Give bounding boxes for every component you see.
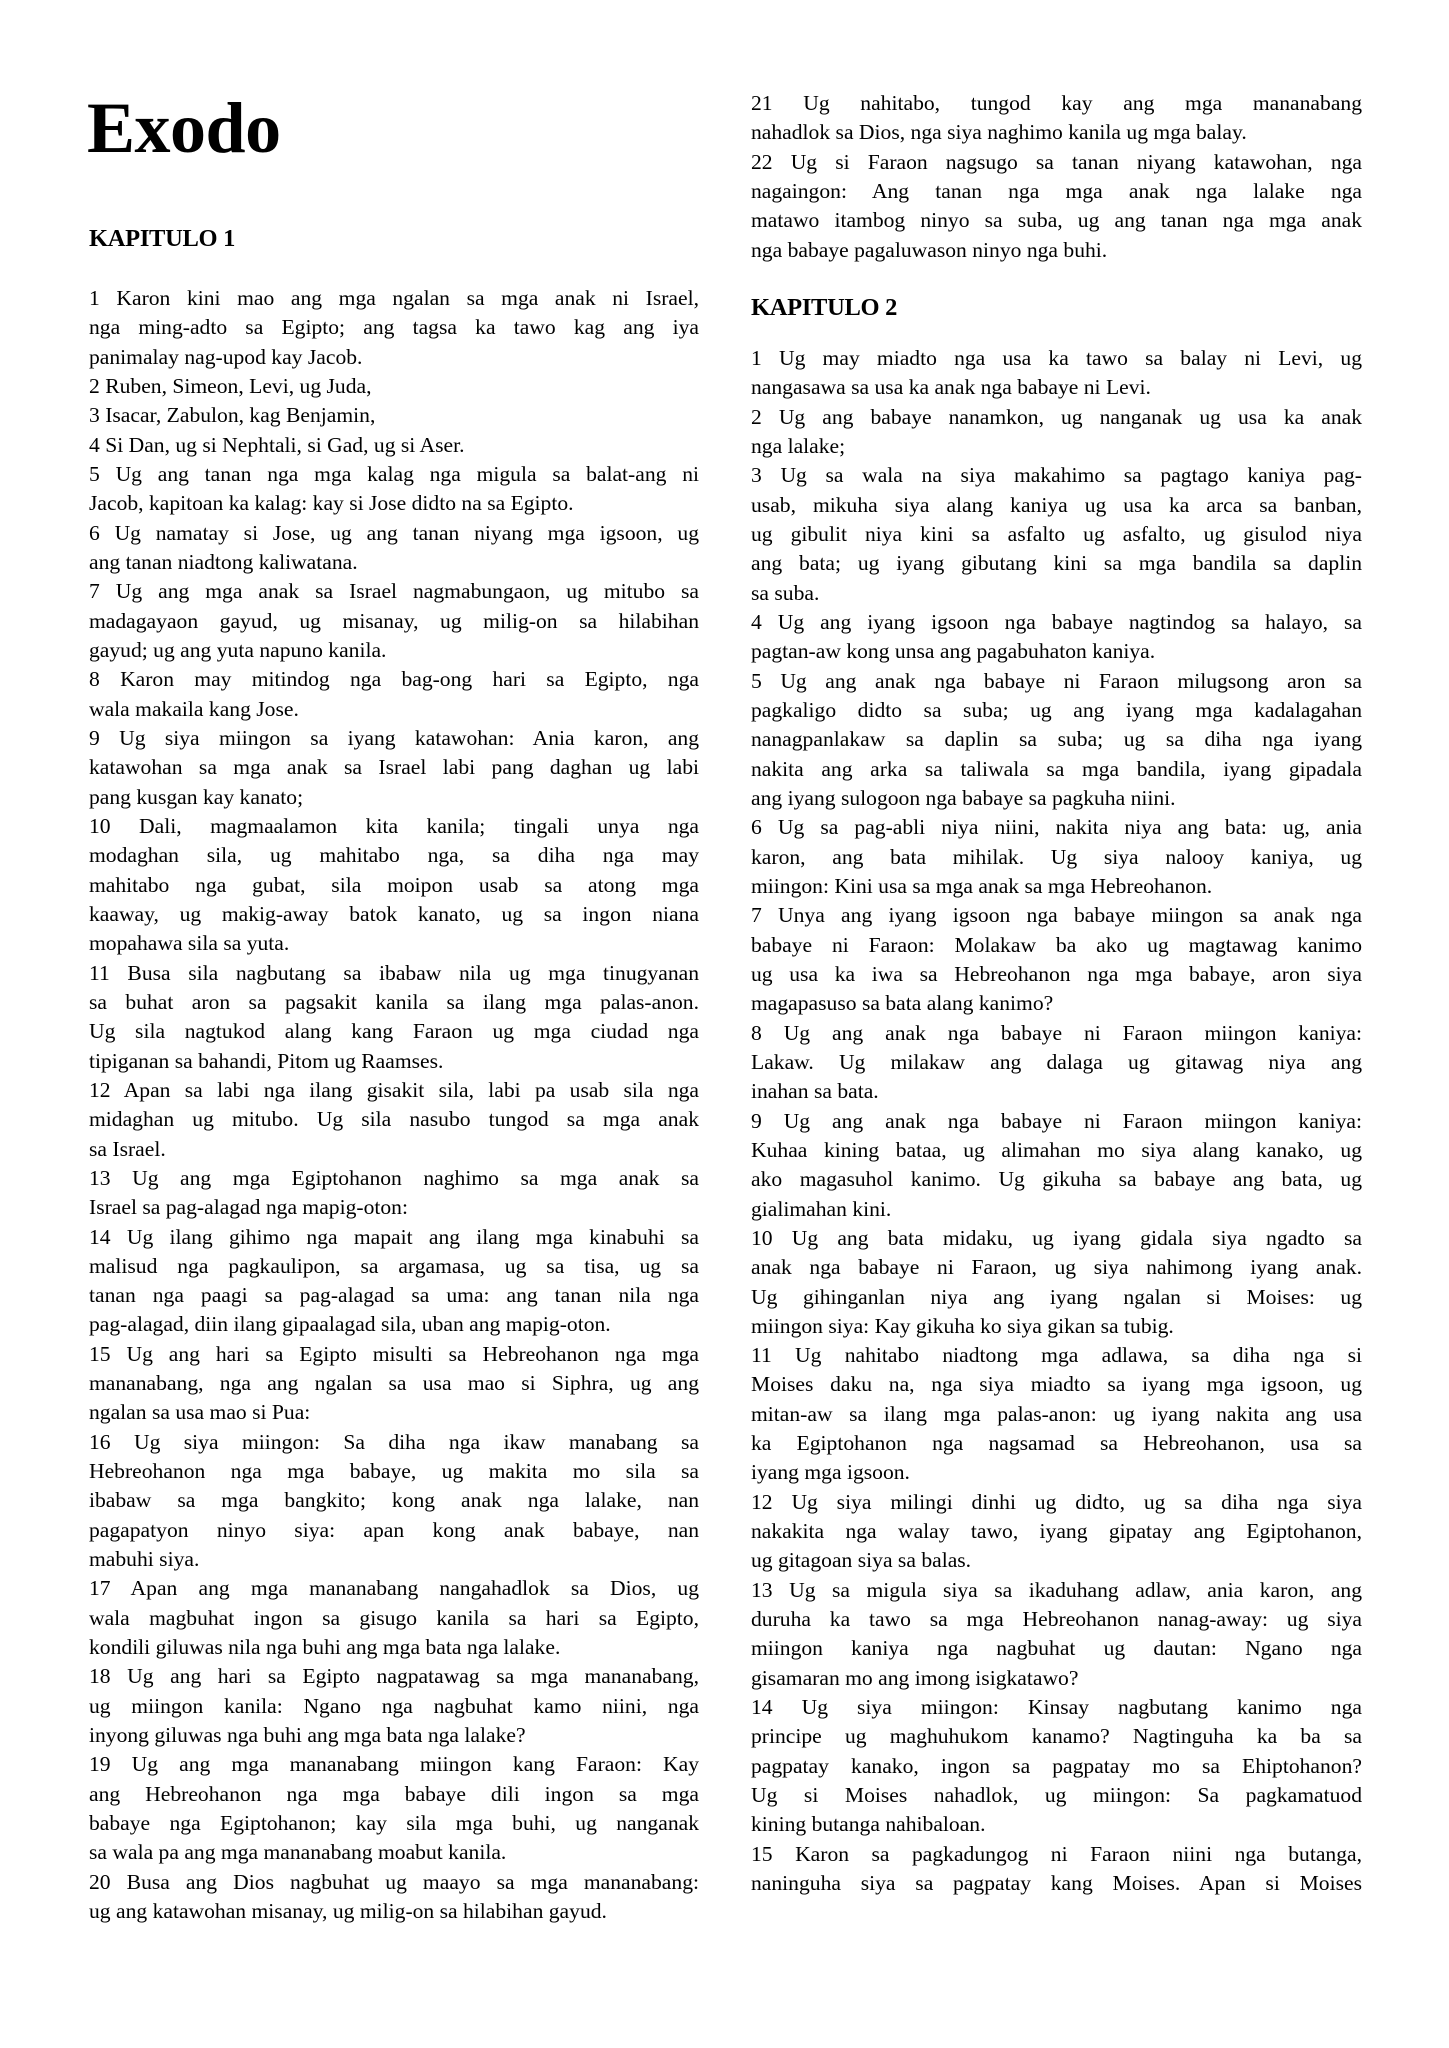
verse-line: tanan nga paagi sa pag-alagad sa uma: an… <box>89 1281 699 1310</box>
verse-line: 10 Ug ang bata midaku, ug iyang gidala s… <box>751 1224 1362 1253</box>
verse-line: tipiganan sa bahandi, Pitom ug Raamses. <box>89 1047 699 1076</box>
verse-line: 11 Busa sila nagbutang sa ibabaw nila ug… <box>89 959 699 988</box>
verse-line: nga lalake; <box>751 432 1362 461</box>
verse-7: 7 Ug ang mga anak sa Israel nagmabungaon… <box>89 577 699 665</box>
verse-line: pang kusgan kay kanato; <box>89 783 699 812</box>
verse-10: 10 Ug ang bata midaku, ug iyang gidala s… <box>751 1224 1362 1341</box>
verse-line: sa buhat aron sa pagsakit kanila sa ilan… <box>89 988 699 1017</box>
verse-11: 11 Busa sila nagbutang sa ibabaw nila ug… <box>89 959 699 1076</box>
verse-line: Lakaw. Ug milakaw ang dalaga ug gitawag … <box>751 1048 1362 1077</box>
verse-line: 4 Ug ang iyang igsoon nga babaye nagtind… <box>751 608 1362 637</box>
verse-11: 11 Ug nahitabo niadtong mga adlawa, sa d… <box>751 1341 1362 1488</box>
verse-line: kaaway, ug makig-away batok kanato, ug s… <box>89 900 699 929</box>
verse-line: 18 Ug ang hari sa Egipto nagpatawag sa m… <box>89 1662 699 1691</box>
verse-line: 22 Ug si Faraon nagsugo sa tanan niyang … <box>751 148 1362 177</box>
verse-line: ngalan sa usa mao si Pua: <box>89 1398 699 1427</box>
verse-line: 6 Ug sa pag-abli niya niini, nakita niya… <box>751 813 1362 842</box>
verse-2: 2 Ug ang babaye nanamkon, ug nanganak ug… <box>751 403 1362 462</box>
verse-line: 8 Karon may mitindog nga bag-ong hari sa… <box>89 665 699 694</box>
verse-line: 2 Ruben, Simeon, Levi, ug Juda, <box>89 372 699 401</box>
chapter-2-verses: 1 Ug may miadto nga usa ka tawo sa balay… <box>751 344 1362 1898</box>
verse-line: miingon: Kini usa sa mga anak sa mga Heb… <box>751 872 1362 901</box>
verse-line: pag-alagad, diin ilang gipaalagad sila, … <box>89 1310 699 1339</box>
verse-line: 9 Ug ang anak nga babaye ni Faraon miing… <box>751 1107 1362 1136</box>
verse-line: panimalay nag-upod kay Jacob. <box>89 343 699 372</box>
verse-line: 1 Karon kini mao ang mga ngalan sa mga a… <box>89 284 699 313</box>
verse-line: 17 Apan ang mga mananabang nangahadlok s… <box>89 1574 699 1603</box>
verse-line: karon, ang bata mihilak. Ug siya nalooy … <box>751 843 1362 872</box>
verse-line: madagayaon gayud, ug misanay, ug milig-o… <box>89 607 699 636</box>
verse-4: 4 Si Dan, ug si Nephtali, si Gad, ug si … <box>89 431 699 460</box>
verse-17: 17 Apan ang mga mananabang nangahadlok s… <box>89 1574 699 1662</box>
verse-line: miingon siya: Kay gikuha ko siya gikan s… <box>751 1312 1362 1341</box>
verse-16: 16 Ug siya miingon: Sa diha nga ikaw man… <box>89 1428 699 1575</box>
verse-line: Ug sila nagtukod alang kang Faraon ug mg… <box>89 1017 699 1046</box>
verse-12: 12 Ug siya milingi dinhi ug didto, ug sa… <box>751 1488 1362 1576</box>
verse-line: nga babaye pagaluwason ninyo nga buhi. <box>751 236 1362 265</box>
verse-line: pagtan-aw kong unsa ang pagabuhaton kani… <box>751 637 1362 666</box>
verse-1: 1 Ug may miadto nga usa ka tawo sa balay… <box>751 344 1362 403</box>
verse-line: 6 Ug namatay si Jose, ug ang tanan niyan… <box>89 519 699 548</box>
verse-line: 13 Ug ang mga Egiptohanon naghimo sa mga… <box>89 1164 699 1193</box>
verse-7: 7 Unya ang iyang igsoon nga babaye miing… <box>751 901 1362 1018</box>
verse-6: 6 Ug sa pag-abli niya niini, nakita niya… <box>751 813 1362 901</box>
verse-line: ang Hebreohanon nga mga babaye dili ingo… <box>89 1780 699 1809</box>
verse-line: 1 Ug may miadto nga usa ka tawo sa balay… <box>751 344 1362 373</box>
verse-line: babaye ni Faraon: Molakaw ba ako ug magt… <box>751 931 1362 960</box>
verse-18: 18 Ug ang hari sa Egipto nagpatawag sa m… <box>89 1662 699 1750</box>
verse-line: 14 Ug siya miingon: Kinsay nagbutang kan… <box>751 1693 1362 1722</box>
verse-8: 8 Karon may mitindog nga bag-ong hari sa… <box>89 665 699 724</box>
verse-line: pagpatay kanako, ingon sa pagpatay mo sa… <box>751 1752 1362 1781</box>
verse-line: 15 Karon sa pagkadungog ni Faraon niini … <box>751 1840 1362 1869</box>
verse-line: nangasawa sa usa ka anak nga babaye ni L… <box>751 373 1362 402</box>
verse-5: 5 Ug ang anak nga babaye ni Faraon milug… <box>751 667 1362 814</box>
verse-3: 3 Ug sa wala na siya makahimo sa pagtago… <box>751 461 1362 608</box>
document-page: Exodo KAPITULO 1 1 Karon kini mao ang mg… <box>0 0 1449 2048</box>
verse-line: ang bata; ug iyang gibutang kini sa mga … <box>751 549 1362 578</box>
verse-line: Ug gihinganlan niya ang iyang ngalan si … <box>751 1283 1362 1312</box>
verse-line: Hebreohanon nga mga babaye, ug makita mo… <box>89 1457 699 1486</box>
chapter-heading-2: KAPITULO 2 <box>751 293 1362 322</box>
verse-line: 4 Si Dan, ug si Nephtali, si Gad, ug si … <box>89 431 699 460</box>
verse-line: 14 Ug ilang gihimo nga mapait ang ilang … <box>89 1223 699 1252</box>
verse-line: 3 Ug sa wala na siya makahimo sa pagtago… <box>751 461 1362 490</box>
verse-line: 11 Ug nahitabo niadtong mga adlawa, sa d… <box>751 1341 1362 1370</box>
verse-line: principe ug maghuhukom kanamo? Nagtinguh… <box>751 1722 1362 1751</box>
verse-line: gialimahan kini. <box>751 1195 1362 1224</box>
verse-line: inahan sa bata. <box>751 1077 1362 1106</box>
verse-line: 16 Ug siya miingon: Sa diha nga ikaw man… <box>89 1428 699 1457</box>
verse-line: ug usa ka iwa sa Hebreohanon nga mga bab… <box>751 960 1362 989</box>
verse-line: ug miingon kanila: Ngano nga nagbuhat ka… <box>89 1692 699 1721</box>
verse-line: ang iyang sulogoon nga babaye sa pagkuha… <box>751 784 1362 813</box>
verse-line: nakita ang arka sa taliwala sa mga bandi… <box>751 755 1362 784</box>
verse-line: sa suba. <box>751 579 1362 608</box>
verse-line: 10 Dali, magmaalamon kita kanila; tingal… <box>89 812 699 841</box>
verse-9: 9 Ug ang anak nga babaye ni Faraon miing… <box>751 1107 1362 1224</box>
verse-13: 13 Ug sa migula siya sa ikaduhang adlaw,… <box>751 1576 1362 1693</box>
verse-5: 5 Ug ang tanan nga mga kalag nga migula … <box>89 460 699 519</box>
verse-15: 15 Karon sa pagkadungog ni Faraon niini … <box>751 1840 1362 1899</box>
verse-line: magapasuso sa bata alang kanimo? <box>751 989 1362 1018</box>
verse-line: sa Israel. <box>89 1135 699 1164</box>
verse-21: 21 Ug nahitabo, tungod kay ang mga manan… <box>751 89 1362 148</box>
verse-line: miingon kaniya nga nagbuhat ug dautan: N… <box>751 1634 1362 1663</box>
verse-line: 19 Ug ang mga mananabang miingon kang Fa… <box>89 1750 699 1779</box>
verse-line: pagapatyon ninyo siya: apan kong anak ba… <box>89 1516 699 1545</box>
verse-line: 21 Ug nahitabo, tungod kay ang mga manan… <box>751 89 1362 118</box>
verse-line: 7 Ug ang mga anak sa Israel nagmabungaon… <box>89 577 699 606</box>
book-title: Exodo <box>87 88 281 168</box>
verse-line: 7 Unya ang iyang igsoon nga babaye miing… <box>751 901 1362 930</box>
verse-line: nahadlok sa Dios, nga siya naghimo kanil… <box>751 118 1362 147</box>
verse-line: 2 Ug ang babaye nanamkon, ug nanganak ug… <box>751 403 1362 432</box>
verse-line: wala magbuhat ingon sa gisugo kanila sa … <box>89 1604 699 1633</box>
verse-line: Moises daku na, nga siya miadto sa iyang… <box>751 1370 1362 1399</box>
chapter-1-verses-right-column: 21 Ug nahitabo, tungod kay ang mga manan… <box>751 89 1362 265</box>
verse-line: ibabaw sa mga bangkito; kong anak nga la… <box>89 1486 699 1515</box>
verse-line: sa wala pa ang mga mananabang moabut kan… <box>89 1838 699 1867</box>
verse-line: wala makaila kang Jose. <box>89 695 699 724</box>
verse-line: 5 Ug ang tanan nga mga kalag nga migula … <box>89 460 699 489</box>
verse-line: nga ming-adto sa Egipto; ang tagsa ka ta… <box>89 313 699 342</box>
verse-line: ka Egiptohanon nga nagsamad sa Hebreohan… <box>751 1429 1362 1458</box>
verse-14: 14 Ug siya miingon: Kinsay nagbutang kan… <box>751 1693 1362 1840</box>
verse-10: 10 Dali, magmaalamon kita kanila; tingal… <box>89 812 699 959</box>
verse-line: katawohan sa mga anak sa Israel labi pan… <box>89 753 699 782</box>
verse-line: 15 Ug ang hari sa Egipto misulti sa Hebr… <box>89 1340 699 1369</box>
verse-19: 19 Ug ang mga mananabang miingon kang Fa… <box>89 1750 699 1867</box>
verse-line: nakakita nga walay tawo, iyang gipatay a… <box>751 1517 1362 1546</box>
verse-8: 8 Ug ang anak nga babaye ni Faraon miing… <box>751 1019 1362 1107</box>
verse-line: iyang mga igsoon. <box>751 1458 1362 1487</box>
verse-line: modaghan sila, ug mahitabo nga, sa diha … <box>89 841 699 870</box>
verse-line: 13 Ug sa migula siya sa ikaduhang adlaw,… <box>751 1576 1362 1605</box>
verse-line: gisamaran mo ang imong isigkatawo? <box>751 1664 1362 1693</box>
verse-3: 3 Isacar, Zabulon, kag Benjamin, <box>89 401 699 430</box>
verse-line: mabuhi siya. <box>89 1545 699 1574</box>
verse-line: 8 Ug ang anak nga babaye ni Faraon miing… <box>751 1019 1362 1048</box>
verse-line: ug ang katawohan misanay, ug milig-on sa… <box>89 1897 699 1926</box>
verse-line: usab, mikuha siya alang kaniya ug usa ka… <box>751 491 1362 520</box>
verse-line: Kuhaa kining bataa, ug alimahan mo siya … <box>751 1136 1362 1165</box>
verse-line: Israel sa pag-alagad nga mapig-oton: <box>89 1193 699 1222</box>
verse-line: mananabang, nga ang ngalan sa usa mao si… <box>89 1369 699 1398</box>
verse-line: ang tanan niadtong kaliwatana. <box>89 548 699 577</box>
verse-line: mahitabo nga gubat, sila moipon usab sa … <box>89 871 699 900</box>
verse-line: kondili giluwas nila nga buhi ang mga ba… <box>89 1633 699 1662</box>
verse-line: 20 Busa ang Dios nagbuhat ug maayo sa mg… <box>89 1868 699 1897</box>
verse-15: 15 Ug ang hari sa Egipto misulti sa Hebr… <box>89 1340 699 1428</box>
verse-line: 12 Apan sa labi nga ilang gisakit sila, … <box>89 1076 699 1105</box>
verse-20: 20 Busa ang Dios nagbuhat ug maayo sa mg… <box>89 1868 699 1927</box>
verse-13: 13 Ug ang mga Egiptohanon naghimo sa mga… <box>89 1164 699 1223</box>
verse-line: kining butanga nahibaloan. <box>751 1810 1362 1839</box>
verse-line: gayud; ug ang yuta napuno kanila. <box>89 636 699 665</box>
verse-line: nanagpanlakaw sa daplin sa suba; ug sa d… <box>751 725 1362 754</box>
verse-1: 1 Karon kini mao ang mga ngalan sa mga a… <box>89 284 699 372</box>
verse-line: babaye nga Egiptohanon; kay sila mga buh… <box>89 1809 699 1838</box>
chapter-heading-1: KAPITULO 1 <box>89 224 699 253</box>
verse-line: Ug si Moises nahadlok, ug miingon: Sa pa… <box>751 1781 1362 1810</box>
verse-line: naninguha siya sa pagpatay kang Moises. … <box>751 1869 1362 1898</box>
verse-line: inyong giluwas nga buhi ang mga bata nga… <box>89 1721 699 1750</box>
verse-4: 4 Ug ang iyang igsoon nga babaye nagtind… <box>751 608 1362 667</box>
verse-line: 5 Ug ang anak nga babaye ni Faraon milug… <box>751 667 1362 696</box>
verse-line: malisud nga pagkaulipon, sa argamasa, ug… <box>89 1252 699 1281</box>
verse-line: ug gitagoan siya sa balas. <box>751 1546 1362 1575</box>
verse-9: 9 Ug siya miingon sa iyang katawohan: An… <box>89 724 699 812</box>
verse-line: Jacob, kapitoan ka kalag: kay si Jose di… <box>89 489 699 518</box>
verse-line: pagkaligo didto sa suba; ug ang iyang mg… <box>751 696 1362 725</box>
verse-line: ug gibulit niya kini sa asfalto ug asfal… <box>751 520 1362 549</box>
verse-line: midaghan ug mitubo. Ug sila nasubo tungo… <box>89 1105 699 1134</box>
verse-6: 6 Ug namatay si Jose, ug ang tanan niyan… <box>89 519 699 578</box>
verse-line: nagaingon: Ang tanan nga mga anak nga la… <box>751 177 1362 206</box>
verse-line: anak nga babaye ni Faraon, ug siya nahim… <box>751 1253 1362 1282</box>
verse-line: 3 Isacar, Zabulon, kag Benjamin, <box>89 401 699 430</box>
verse-line: 9 Ug siya miingon sa iyang katawohan: An… <box>89 724 699 753</box>
verse-line: mopahawa sila sa yuta. <box>89 929 699 958</box>
verse-line: mitan-aw sa ilang mga palas-anon: ug iya… <box>751 1400 1362 1429</box>
verse-line: ako magasuhol kanimo. Ug gikuha sa babay… <box>751 1165 1362 1194</box>
verse-line: 12 Ug siya milingi dinhi ug didto, ug sa… <box>751 1488 1362 1517</box>
verse-2: 2 Ruben, Simeon, Levi, ug Juda, <box>89 372 699 401</box>
chapter-1-verses-left-column: 1 Karon kini mao ang mga ngalan sa mga a… <box>89 284 699 1926</box>
verse-14: 14 Ug ilang gihimo nga mapait ang ilang … <box>89 1223 699 1340</box>
verse-line: duruha ka tawo sa mga Hebreohanon nanag-… <box>751 1605 1362 1634</box>
verse-22: 22 Ug si Faraon nagsugo sa tanan niyang … <box>751 148 1362 265</box>
verse-line: matawo itambog ninyo sa suba, ug ang tan… <box>751 206 1362 235</box>
verse-12: 12 Apan sa labi nga ilang gisakit sila, … <box>89 1076 699 1164</box>
